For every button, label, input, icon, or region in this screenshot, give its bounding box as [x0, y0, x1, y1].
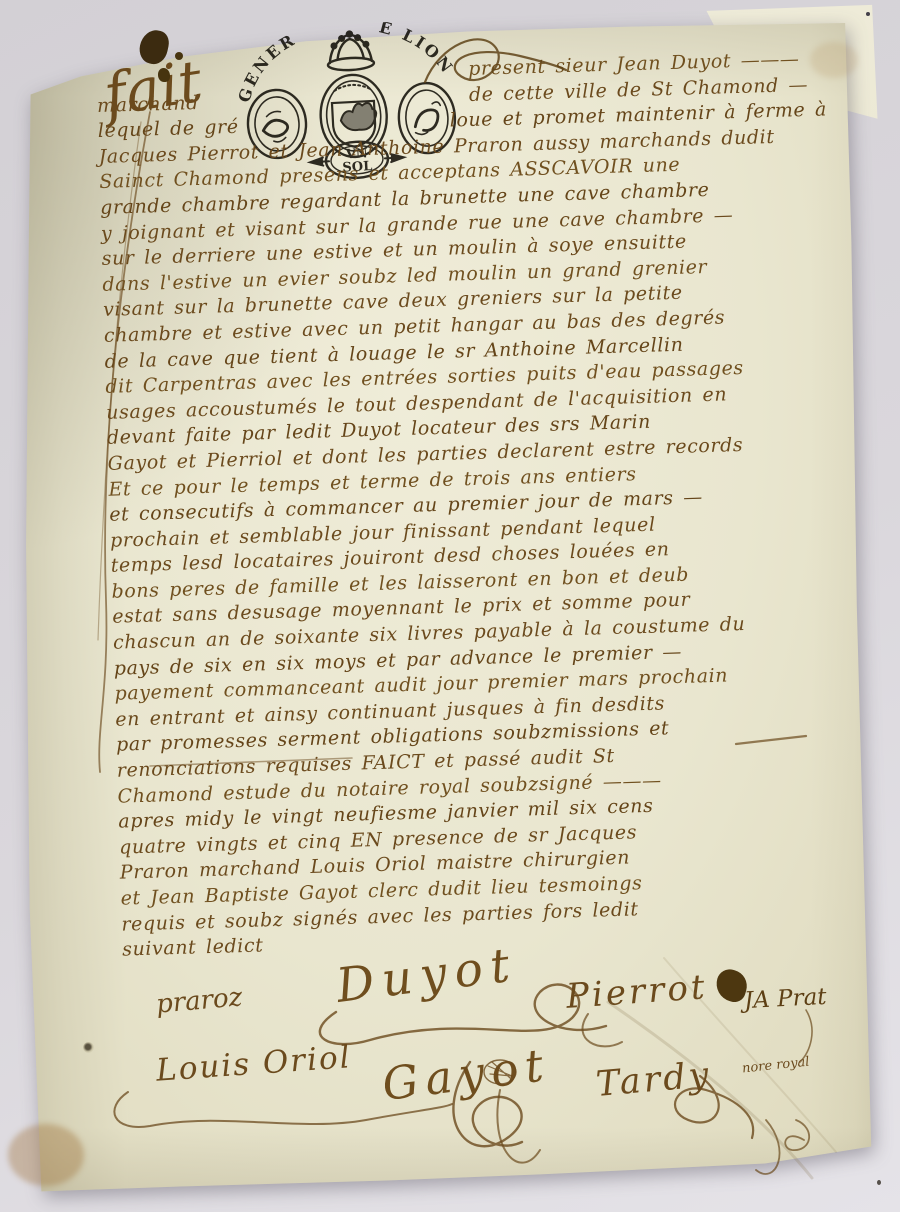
- photo-of-manuscript: GENER E LION: [0, 0, 900, 1212]
- background-speck: [866, 12, 870, 16]
- background-speck: [877, 1180, 881, 1185]
- ink-blot: [158, 68, 170, 82]
- paper-stain: [8, 1124, 84, 1186]
- signature-prat: JA Prat: [743, 984, 827, 1014]
- paper-pinhole: [83, 1042, 94, 1053]
- ink-blot: [175, 52, 183, 60]
- manuscript-text: present sieur Jean Duyot ——— marchandde …: [96, 46, 862, 963]
- paper-foxing: [810, 42, 858, 78]
